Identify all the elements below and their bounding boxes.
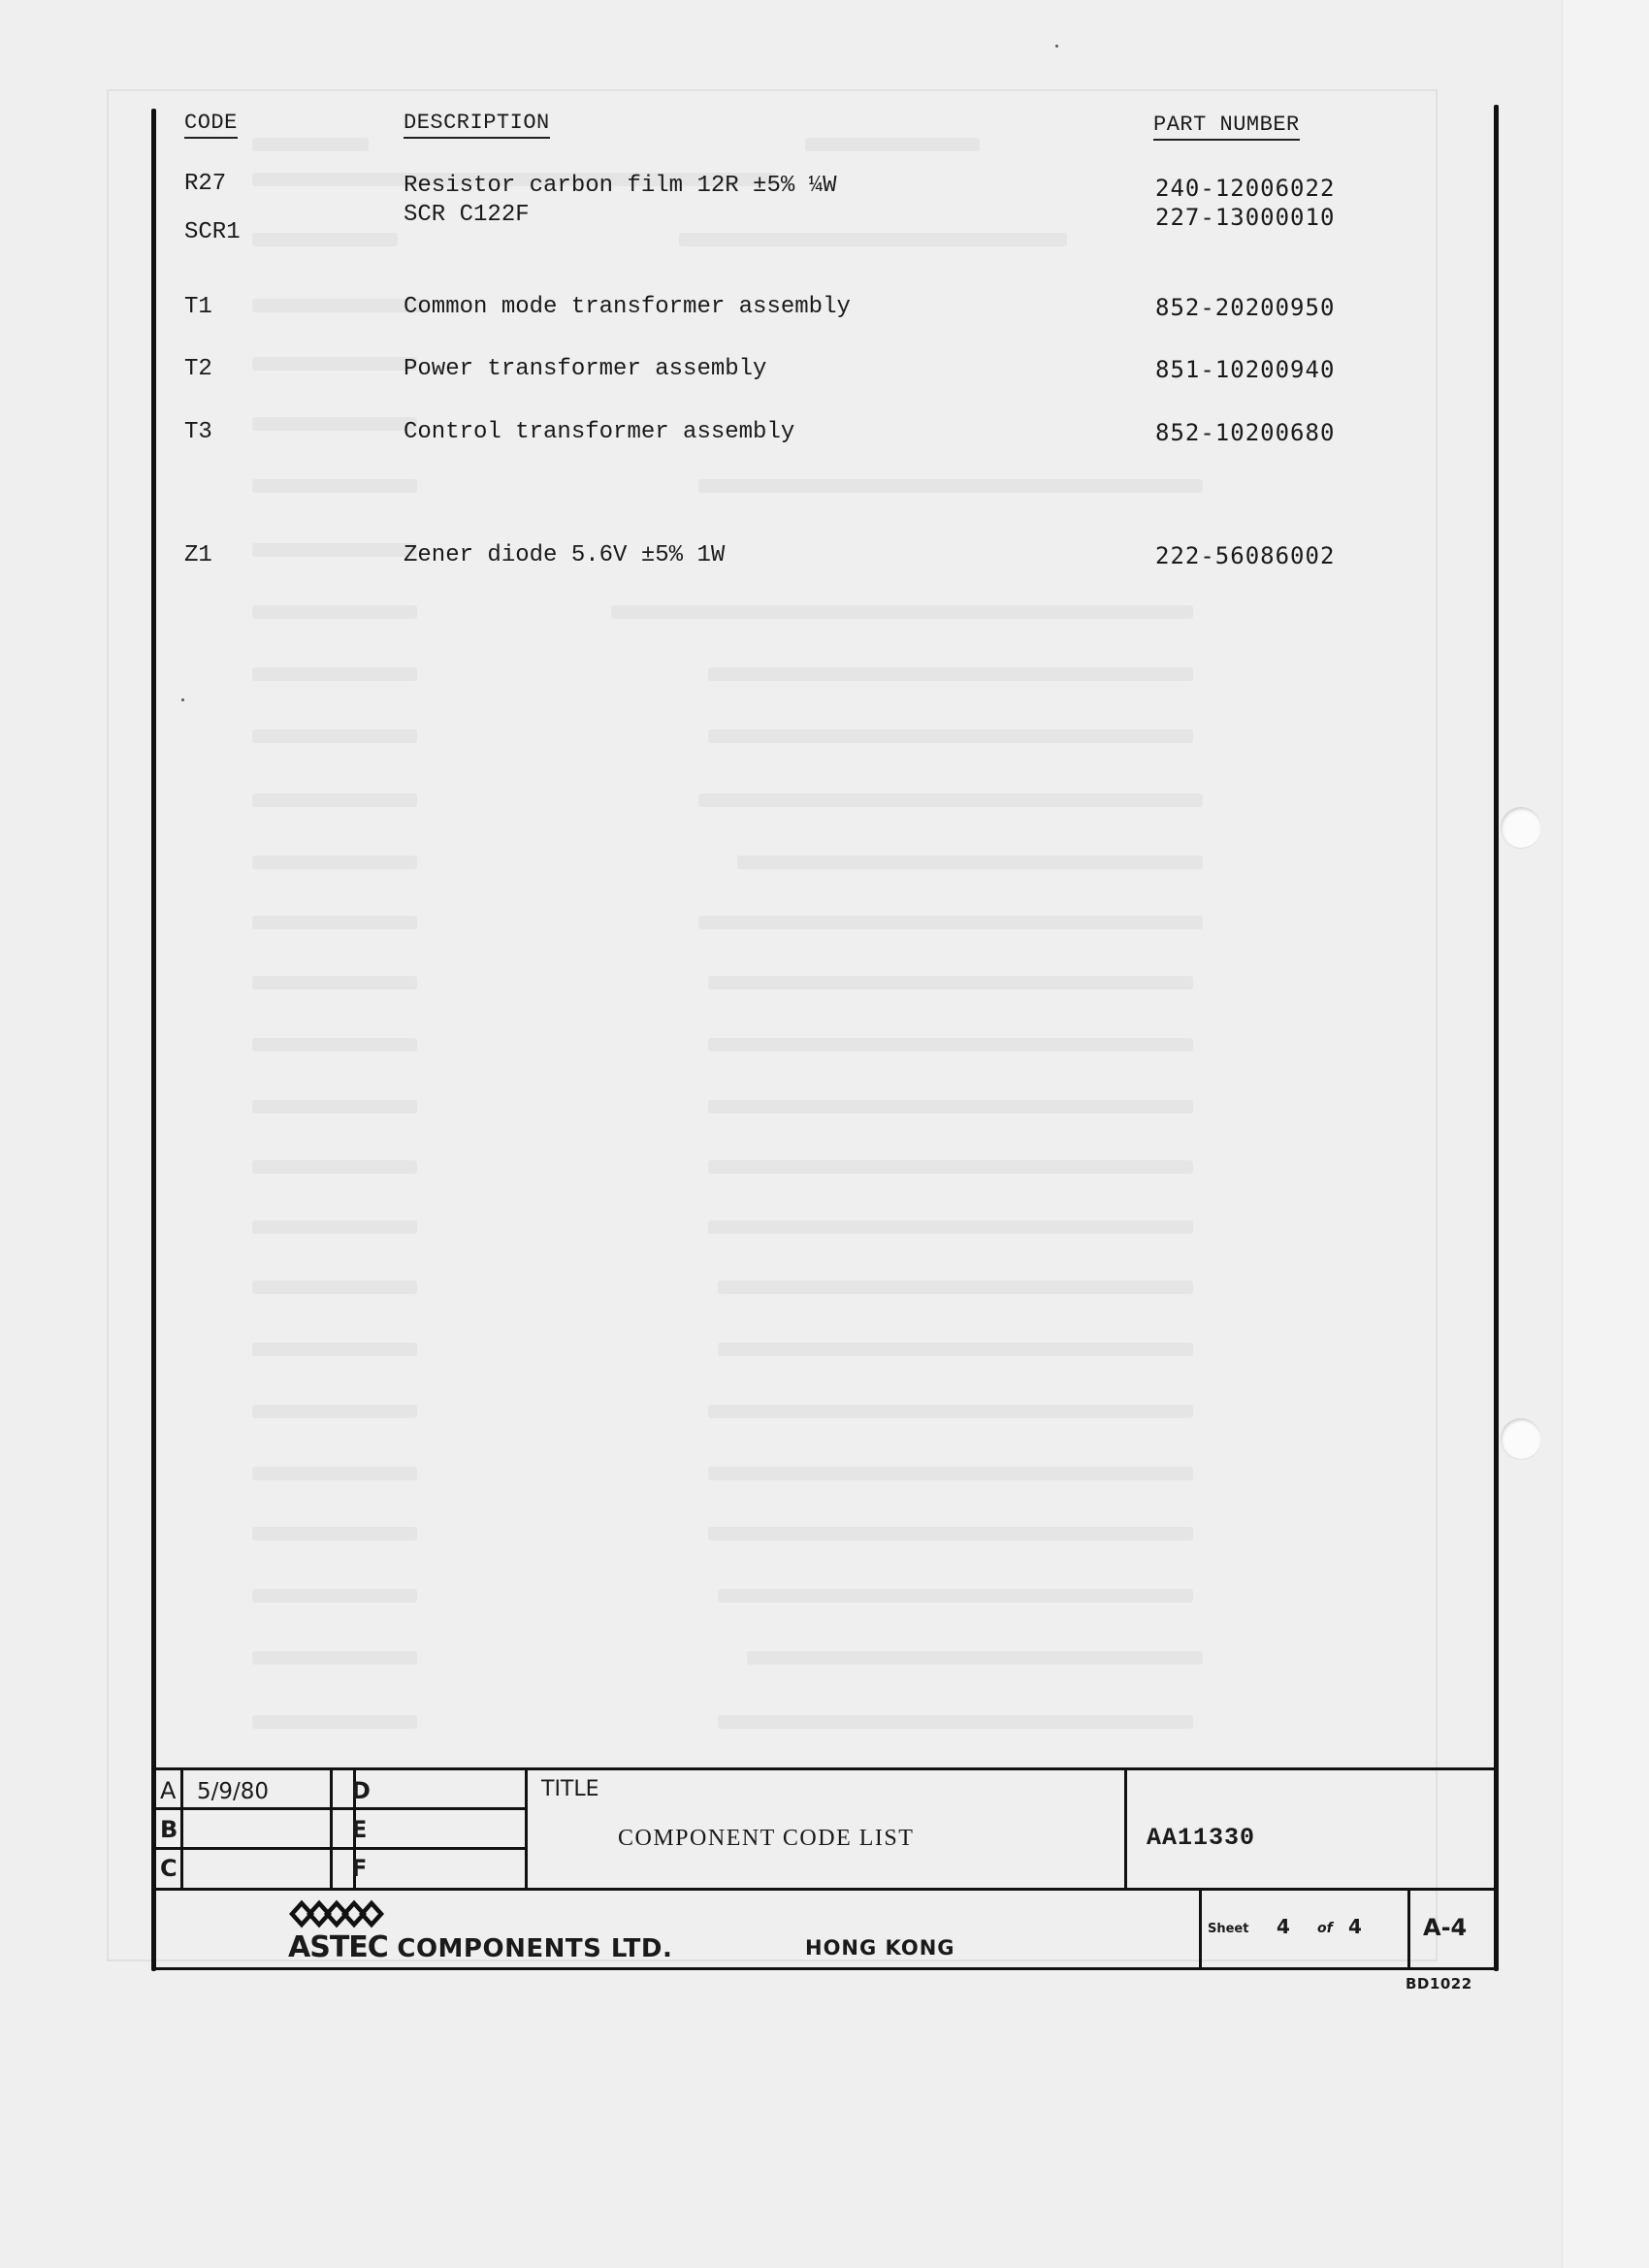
revision-letter-e: E xyxy=(351,1818,367,1841)
row-code: Z1 xyxy=(184,544,212,567)
row-part-number: 852-20200950 xyxy=(1155,296,1335,319)
company-name-rest: COMPONENTS LTD. xyxy=(397,1934,672,1963)
scan-speck xyxy=(1055,45,1058,48)
title-label: TITLE xyxy=(541,1779,599,1800)
revision-letter-c: C xyxy=(160,1857,178,1880)
column-header-part-number: PART NUMBER xyxy=(1153,113,1300,141)
row-code: T2 xyxy=(184,358,212,381)
company-city: HONG KONG xyxy=(805,1936,955,1960)
punch-hole xyxy=(1501,807,1541,848)
row-part-number: 227-13000010 xyxy=(1155,206,1335,229)
revision-letter-f: F xyxy=(351,1857,367,1880)
frame-right-border xyxy=(1494,105,1499,1971)
document-title: COMPONENT CODE LIST xyxy=(618,1826,914,1852)
row-code: T1 xyxy=(184,296,212,319)
row-description: Resistor carbon film 12R ±5% ¼W xyxy=(404,175,836,198)
revision-a-date: 5/9/80 xyxy=(197,1781,269,1803)
row-code: SCR1 xyxy=(184,221,241,244)
row-part-number: 222-56086002 xyxy=(1155,544,1335,567)
revision-letter-a: A xyxy=(160,1779,176,1802)
row-description: Zener diode 5.6V ±5% 1W xyxy=(404,544,725,567)
scan-speck xyxy=(181,698,184,701)
row-description: SCR C122F xyxy=(404,204,530,227)
row-part-number: 240-12006022 xyxy=(1155,177,1335,200)
revision-letter-d: D xyxy=(351,1779,371,1802)
paper-edge-strip xyxy=(1562,0,1649,2268)
row-part-number: 851-10200940 xyxy=(1155,358,1335,381)
sheet-current: 4 xyxy=(1277,1915,1290,1938)
column-header-description: DESCRIPTION xyxy=(404,112,550,139)
row-description: Power transformer assembly xyxy=(404,358,766,381)
company-name-brand: ASTEC xyxy=(288,1930,388,1964)
row-code: R27 xyxy=(184,173,226,196)
sheet-total: 4 xyxy=(1348,1915,1362,1938)
row-description: Common mode transformer assembly xyxy=(404,296,851,319)
row-code: T3 xyxy=(184,421,212,444)
row-description: Control transformer assembly xyxy=(404,421,794,444)
astec-logo-icon xyxy=(289,1899,386,1928)
form-code: BD1022 xyxy=(1406,1975,1472,1993)
row-part-number: 852-10200680 xyxy=(1155,421,1335,444)
sheet-of-label: of xyxy=(1317,1921,1333,1936)
column-header-code: CODE xyxy=(184,112,238,139)
size-code: A-4 xyxy=(1423,1914,1467,1941)
punch-hole xyxy=(1501,1418,1541,1459)
frame-left-border xyxy=(151,109,156,1971)
sheet-label: Sheet xyxy=(1208,1922,1248,1936)
company-name: ASTEC COMPONENTS LTD. xyxy=(288,1930,672,1964)
drawing-number: AA11330 xyxy=(1147,1824,1255,1852)
revision-letter-b: B xyxy=(160,1818,178,1841)
